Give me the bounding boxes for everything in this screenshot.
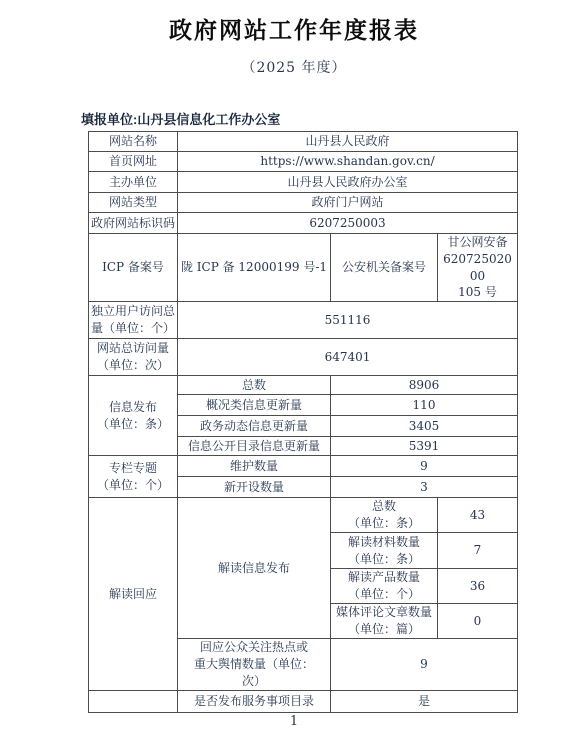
interpretation-group-label: 解读回应	[89, 498, 178, 691]
info-release-total-label: 总数	[178, 376, 331, 395]
page-number: 1	[0, 714, 588, 729]
police-record-value: 甘公网安备 62072502000 105 号	[438, 234, 518, 302]
special-columns-new-label: 新开设数量	[178, 477, 331, 498]
page-title: 政府网站工作年度报表	[0, 12, 588, 45]
interpretation-products-label: 解读产品数量 （单位：个）	[331, 569, 438, 604]
empty-cell	[89, 690, 178, 712]
hotspot-response-label: 回应公众关注热点或 重大舆情数量（单位： 次）	[178, 638, 331, 690]
info-release-total-value: 8906	[331, 376, 518, 395]
site-name-value: 山丹县人民政府	[178, 132, 518, 152]
organizer-value: 山丹县人民政府办公室	[178, 172, 518, 193]
homepage-label: 首页网址	[89, 152, 178, 172]
icp-value: 陇 ICP 备 12000199 号-1	[178, 234, 331, 302]
site-name-label: 网站名称	[89, 132, 178, 152]
interpretation-materials-value: 7	[438, 533, 518, 569]
police-record-label: 公安机关备案号	[331, 234, 438, 302]
site-code-value: 6207250003	[178, 213, 518, 234]
site-code-label: 政府网站标识码	[89, 213, 178, 234]
hotspot-response-value: 9	[331, 638, 518, 690]
info-release-group-label: 信息发布 （单位：条）	[89, 376, 178, 456]
info-release-catalog-label: 信息公开目录信息更新量	[178, 437, 331, 456]
unique-visitors-value: 551116	[178, 302, 518, 339]
interpretation-products-value: 36	[438, 569, 518, 604]
interpretation-materials-label: 解读材料数量 （单位：条）	[331, 533, 438, 569]
info-release-overview-label: 概况类信息更新量	[178, 395, 331, 416]
interpretation-release-label: 解读信息发布	[178, 498, 331, 639]
total-visits-value: 647401	[178, 339, 518, 376]
total-visits-label: 网站总访问量 （单位：次）	[89, 339, 178, 376]
icp-label: ICP 备案号	[89, 234, 178, 302]
interpretation-total-label: 总数 （单位：条）	[331, 498, 438, 533]
special-columns-maintained-value: 9	[331, 456, 518, 477]
info-release-overview-value: 110	[331, 395, 518, 416]
organizer-label: 主办单位	[89, 172, 178, 193]
special-columns-new-value: 3	[331, 477, 518, 498]
reporting-unit: 填报单位:山丹县信息化工作办公室	[81, 109, 280, 128]
info-release-dynamics-value: 3405	[331, 416, 518, 437]
unique-visitors-label: 独立用户访问总 量（单位：个）	[89, 302, 178, 339]
info-release-dynamics-label: 政务动态信息更新量	[178, 416, 331, 437]
site-type-value: 政府门户网站	[178, 193, 518, 213]
service-catalog-value: 是	[331, 690, 518, 712]
special-columns-maintained-label: 维护数量	[178, 456, 331, 477]
site-type-label: 网站类型	[89, 193, 178, 213]
info-release-catalog-value: 5391	[331, 437, 518, 456]
interpretation-total-value: 43	[438, 498, 518, 533]
interpretation-media-value: 0	[438, 604, 518, 639]
service-catalog-label: 是否发布服务事项目录	[178, 690, 331, 712]
homepage-url: https://www.shandan.gov.cn/	[178, 152, 518, 172]
page-subtitle: （2025 年度）	[0, 57, 588, 77]
interpretation-media-label: 媒体评论文章数量 （单位：篇）	[331, 604, 438, 639]
annual-report-table: 网站名称 山丹县人民政府 首页网址 https://www.shandan.go…	[88, 131, 518, 713]
special-columns-group-label: 专栏专题 （单位：个）	[89, 456, 178, 498]
